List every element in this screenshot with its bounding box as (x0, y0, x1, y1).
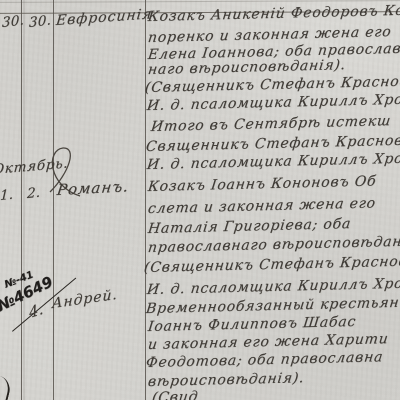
entry-number-col2: 30. (29, 12, 51, 31)
record-text-line: Феодотова; оба православна (145, 349, 384, 371)
column-line-1 (21, 0, 22, 400)
summary-text-line: Итого въ Сентябрѣ истекш (150, 113, 392, 135)
top-edge-row-line (0, 0, 400, 3)
record-text-line: Козакъ Аникеній Феодоровъ Кор (147, 2, 400, 25)
record-text-line: И. д. псаломщика Кириллъ Хрон (146, 275, 400, 298)
record-text-line: Козакъ Іоаннъ Кононовъ Об (147, 173, 377, 195)
record-text-line: православнаго вѣроисповѣдан (147, 234, 400, 256)
record-text-line: вѣроисповѣданія). (147, 370, 305, 390)
column-line-2 (53, 0, 54, 400)
child-name: Евфросинія (55, 6, 153, 29)
record-text-line: (Свид (151, 389, 199, 400)
column-line-3 (145, 0, 146, 400)
entry-number-col1: 30. (2, 12, 24, 31)
record-text-line: Временнообязанный крестьян (145, 295, 400, 317)
entry-number-col1: 1. (0, 187, 14, 205)
record-text-line: (Священникъ Стефанъ Краснов (143, 254, 400, 276)
child-name: Романъ. (56, 177, 130, 199)
register-page-scan: 30. 30. Евфросинія Козакъ Аникеній Феодо… (0, 0, 400, 400)
record-text-line: слета и законная жена его (147, 195, 377, 217)
entry-number-col2: 4. (28, 299, 45, 322)
record-text-line: Наталія Григоріева; оба (147, 216, 352, 237)
cutoff-pen-stroke (0, 376, 13, 400)
